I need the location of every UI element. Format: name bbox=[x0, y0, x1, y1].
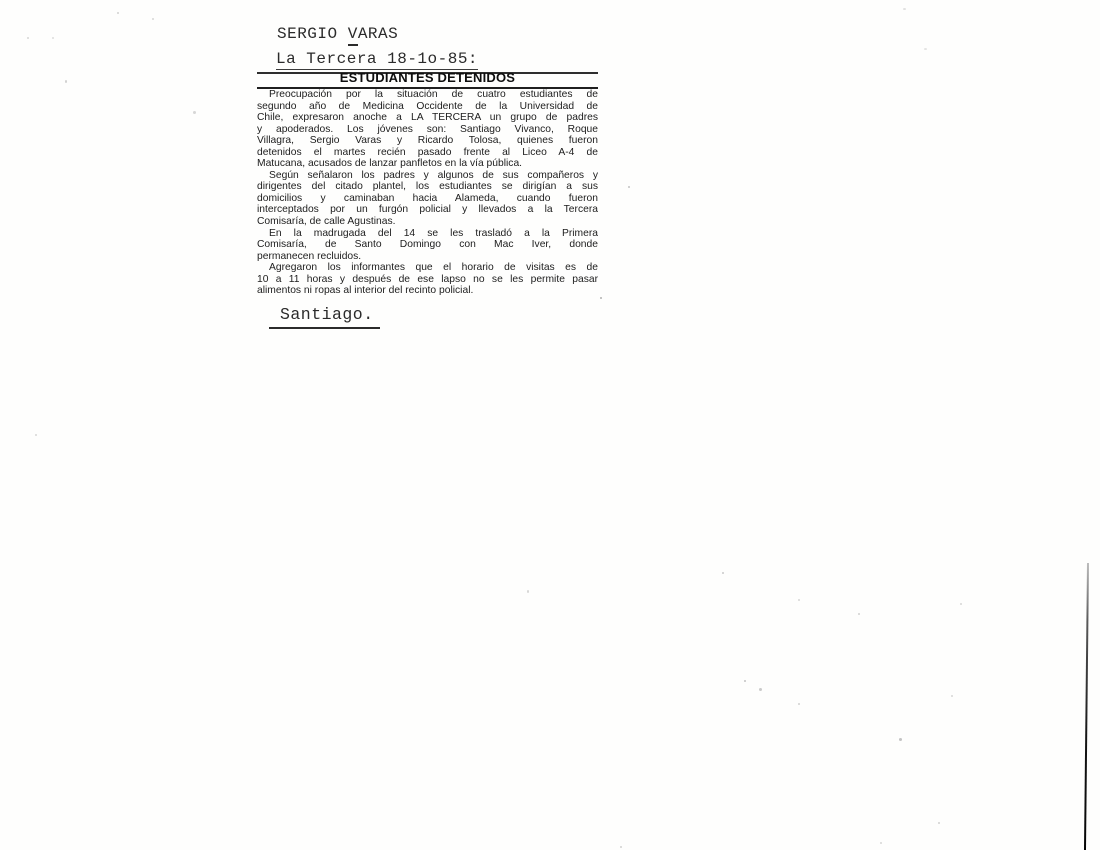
annotation-city-underline: Santiago. bbox=[269, 305, 380, 329]
scan-speck bbox=[722, 572, 724, 574]
article-line: En la madrugada del 14 se les trasladó a… bbox=[257, 228, 598, 240]
scan-speck bbox=[938, 822, 940, 824]
scanned-page: SERGIO VARAS La Tercera 18-1o-85: ESTUDI… bbox=[0, 0, 1100, 850]
article-line: Agregaron los informantes que el horario… bbox=[257, 262, 598, 274]
article-line: 10 a 11 horas y después de ese lapso no … bbox=[257, 274, 598, 286]
article-line: permanecen recluidos. bbox=[257, 251, 598, 263]
article-line: domicilios y caminaban hacia Alameda, cu… bbox=[257, 193, 598, 205]
scan-speck bbox=[951, 695, 953, 697]
scan-speck bbox=[960, 603, 962, 605]
scan-speck bbox=[620, 846, 622, 848]
scan-speck bbox=[744, 680, 746, 682]
annotation-name-underlined: V bbox=[348, 25, 358, 46]
clipping-headline: ESTUDIANTES DETENIDOS bbox=[257, 71, 598, 89]
annotation-city: Santiago. bbox=[280, 305, 374, 324]
article-line: interceptados por un furgón policial y l… bbox=[257, 204, 598, 216]
scan-speck bbox=[924, 48, 927, 50]
scan-speck bbox=[903, 8, 906, 10]
scan-speck bbox=[152, 18, 154, 20]
article-line: Villagra, Sergio Varas y Ricardo Tolosa,… bbox=[257, 135, 598, 147]
scan-speck bbox=[65, 80, 67, 83]
scan-speck bbox=[899, 738, 902, 741]
scan-speck bbox=[52, 37, 54, 39]
article-line: Chile, expresaron anoche a LA TERCERA un… bbox=[257, 112, 598, 124]
article-line: alimentos ni ropas al interior del recin… bbox=[257, 285, 598, 297]
scan-speck bbox=[117, 12, 119, 14]
article-line: Comisaría, de Santo Domingo con Mac Iver… bbox=[257, 239, 598, 251]
scan-speck bbox=[759, 688, 762, 691]
scan-speck bbox=[27, 37, 29, 39]
annotation-name: SERGIO VARAS bbox=[277, 25, 398, 43]
annotation-name-pre: SERGIO bbox=[277, 25, 348, 43]
article-line: dirigentes del citado plantel, los estud… bbox=[257, 181, 598, 193]
article-body: Preocupación por la situación de cuatro … bbox=[257, 89, 598, 297]
article-line: segundo año de Medicina Occidente de la … bbox=[257, 101, 598, 113]
article-line: y apoderados. Los jóvenes son: Santiago … bbox=[257, 124, 598, 136]
scan-speck bbox=[193, 111, 196, 114]
article-line: Matucana, acusados de lanzar panfletos e… bbox=[257, 158, 598, 170]
article-line: Preocupación por la situación de cuatro … bbox=[257, 89, 598, 101]
scan-speck bbox=[858, 613, 860, 615]
annotation-source: La Tercera 18-1o-85: bbox=[276, 50, 478, 70]
scan-edge-line bbox=[1084, 563, 1089, 850]
scan-speck bbox=[628, 186, 630, 188]
article-line: Comisaría, de calle Agustinas. bbox=[257, 216, 598, 228]
article-line: Según señalaron los padres y algunos de … bbox=[257, 170, 598, 182]
scan-speck bbox=[880, 842, 882, 844]
scan-speck bbox=[527, 590, 529, 593]
annotation-name-rest: ARAS bbox=[358, 25, 398, 43]
scan-speck bbox=[35, 434, 37, 436]
scan-speck bbox=[798, 703, 800, 705]
scan-speck bbox=[600, 297, 602, 299]
article-line: detenidos el martes recién pasado frente… bbox=[257, 147, 598, 159]
scan-speck bbox=[798, 599, 800, 601]
